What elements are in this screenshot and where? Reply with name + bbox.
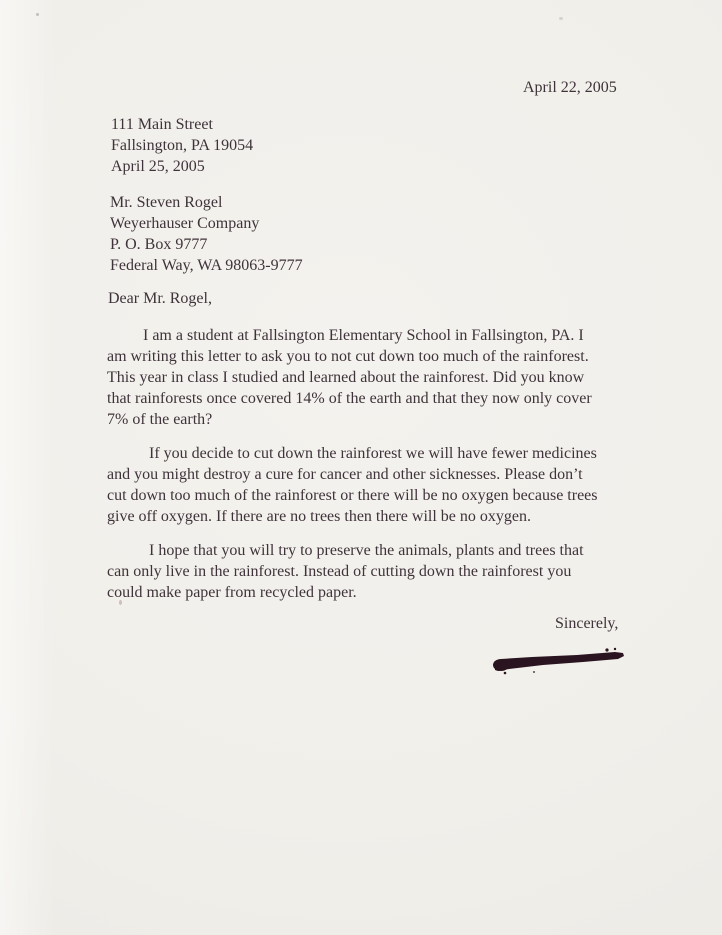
- paragraph-line: can only live in the rainforest. Instead…: [107, 561, 647, 582]
- recipient-address-line: Weyerhauser Company: [110, 213, 303, 234]
- paper-speck: [36, 13, 39, 16]
- signature-ink-dot: [605, 648, 608, 651]
- paragraph-line: that rainforests once covered 14% of the…: [107, 388, 647, 409]
- paragraph-line: I hope that you will try to preserve the…: [107, 540, 647, 561]
- paragraph-line: cut down too much of the rainforest or t…: [107, 485, 647, 506]
- salutation: Dear Mr. Rogel,: [108, 288, 212, 309]
- recipient-address-line: P. O. Box 9777: [110, 234, 303, 255]
- signature-ink-dot: [504, 672, 507, 675]
- closing: Sincerely,: [555, 613, 618, 634]
- paragraph-line: I am a student at Fallsington Elementary…: [107, 325, 647, 346]
- body-paragraph-1: I am a student at Fallsington Elementary…: [107, 325, 647, 430]
- recipient-address-line: Mr. Steven Rogel: [110, 192, 303, 213]
- paragraph-line: 7% of the earth?: [107, 409, 647, 430]
- scan-light-band: [0, 0, 55, 935]
- signature-ink-dot: [533, 671, 535, 673]
- body-paragraph-2: If you decide to cut down the rainforest…: [107, 443, 647, 527]
- paragraph-line: This year in class I studied and learned…: [107, 367, 647, 388]
- paragraph-line: am writing this letter to ask you to not…: [107, 346, 647, 367]
- redacted-signature: [487, 645, 632, 679]
- sender-address-line: 111 Main Street: [111, 114, 253, 135]
- recipient-address-line: Federal Way, WA 98063-9777: [110, 255, 303, 276]
- recipient-address: Mr. Steven Rogel Weyerhauser Company P. …: [110, 192, 303, 276]
- paper-speck: [559, 17, 563, 20]
- sender-address-line: April 25, 2005: [111, 156, 253, 177]
- paper-speck: [119, 600, 122, 605]
- signature-ink-blob: [493, 659, 509, 671]
- paragraph-line: and you might destroy a cure for cancer …: [107, 464, 647, 485]
- body-paragraph-3: I hope that you will try to preserve the…: [107, 540, 647, 603]
- sender-address-line: Fallsington, PA 19054: [111, 135, 253, 156]
- paragraph-line: could make paper from recycled paper.: [107, 582, 647, 603]
- sender-address: 111 Main Street Fallsington, PA 19054 Ap…: [111, 114, 253, 177]
- paragraph-line: If you decide to cut down the rainforest…: [107, 443, 647, 464]
- signature-ink-bar: [495, 652, 624, 671]
- paragraph-line: give off oxygen. If there are no trees t…: [107, 506, 647, 527]
- letter-date: April 22, 2005: [523, 77, 617, 98]
- signature-ink-dot: [614, 648, 616, 650]
- scanned-letter-page: April 22, 2005 111 Main Street Fallsingt…: [0, 0, 722, 935]
